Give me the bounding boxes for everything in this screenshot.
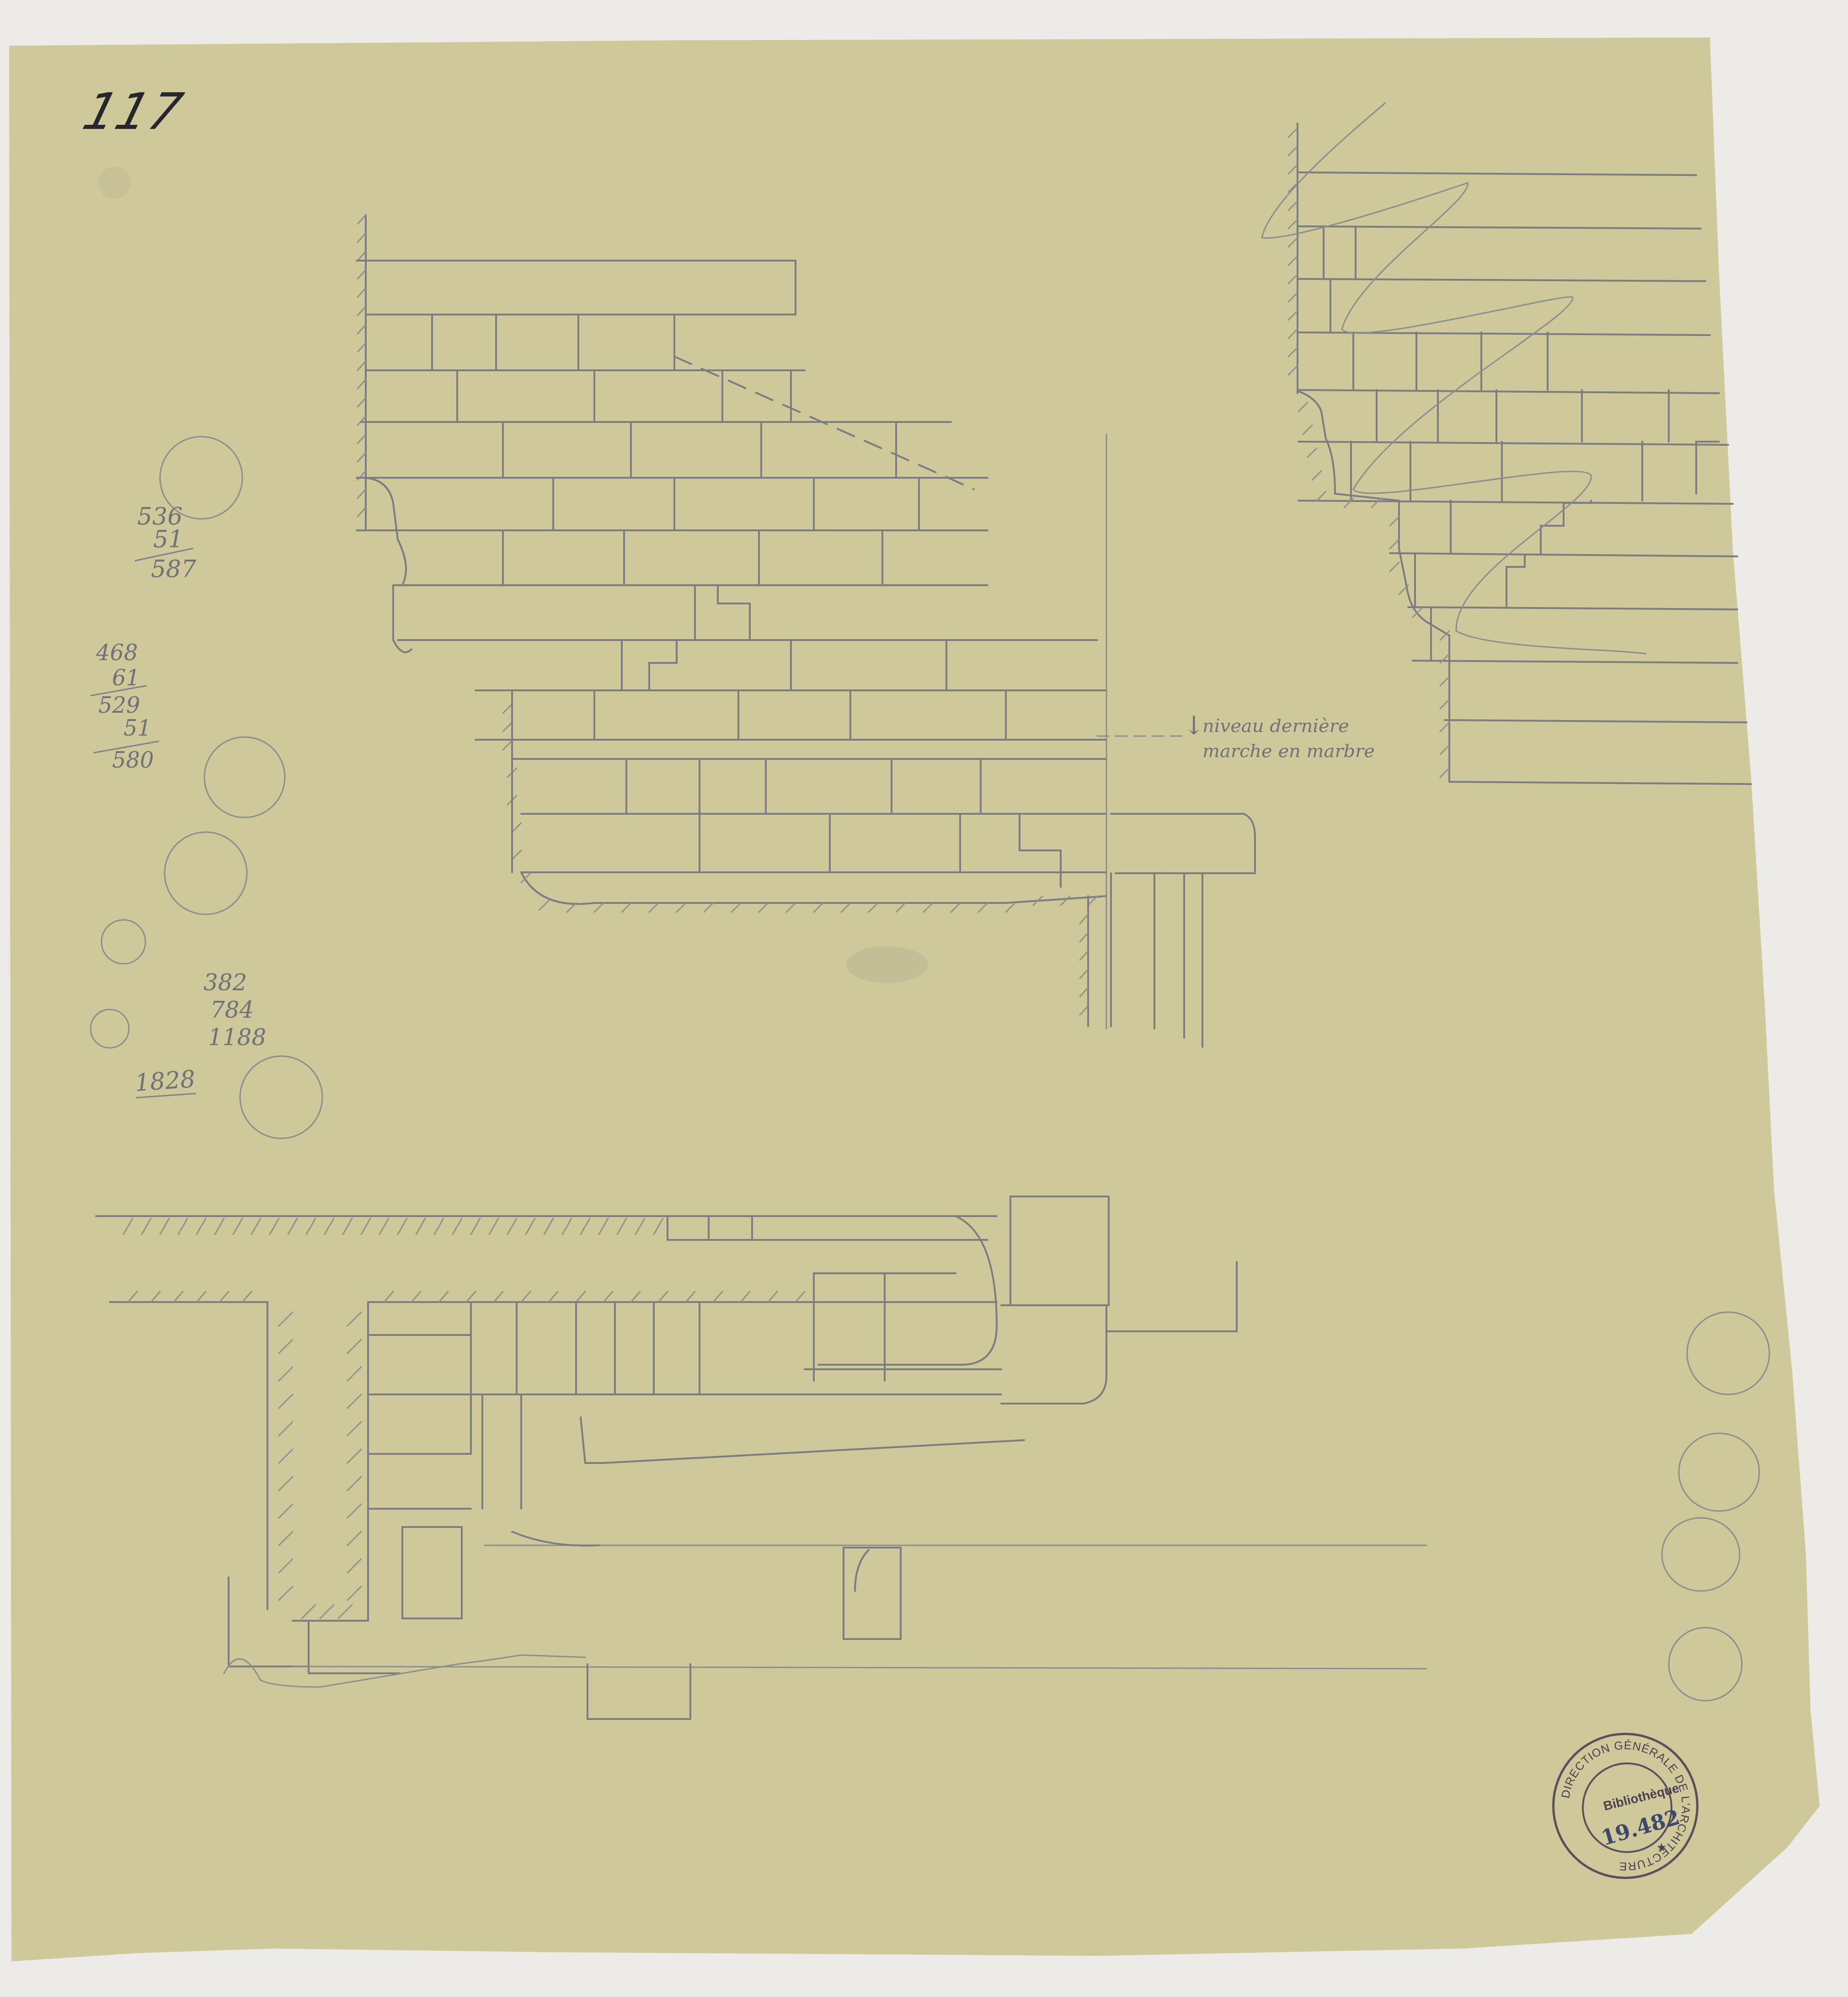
paper-sheet: [9, 37, 1820, 1961]
drawing-sheet: [0, 0, 1848, 1997]
annotation-line-1: niveau dernière: [1202, 716, 1349, 737]
calc-operand: 51: [153, 526, 183, 553]
stain: [846, 946, 928, 983]
star-icon: ★: [1656, 1841, 1667, 1854]
calc-operand: 382: [203, 969, 247, 996]
calc-result: 580: [112, 748, 154, 773]
down-arrow-icon: ↓: [1183, 711, 1205, 741]
underlined-number: 1828: [134, 1065, 196, 1098]
library-stamp: DIRECTION GÉNÉRALE DE L'ARCHITECTURE ★ B…: [1552, 1733, 1698, 1879]
calc-result: 587: [151, 555, 196, 583]
calc-result: 1188: [208, 1024, 266, 1051]
calc-operand: 468: [96, 640, 138, 666]
calc-result: 529: [98, 693, 140, 718]
calc-operand: 51: [123, 716, 151, 741]
annotation-line-2: marche en marbre: [1202, 741, 1375, 762]
calc-operand: 784: [210, 997, 254, 1023]
smudge: [98, 167, 130, 199]
